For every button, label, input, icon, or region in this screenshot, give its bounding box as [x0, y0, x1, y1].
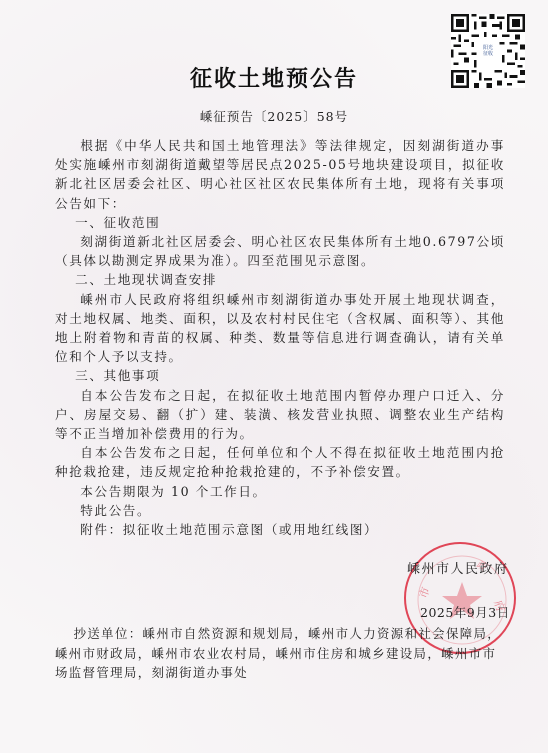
document-body: 根据《中华人民共和国土地管理法》等法律规定，因刻湖街道办事处实施嵊州市刻湖街道戴… [55, 136, 505, 539]
document-number: 嵊征预告〔2025〕58号 [0, 107, 548, 125]
cc-text: 抄送单位：嵊州市自然资源和规划局，嵊州市人力资源和社会保障局，嵊州市财政局，嵊州… [55, 624, 510, 683]
section-heading-survey: 二、土地现状调查安排 [55, 270, 505, 289]
document-page: 阳光 征收 征收土地预公告 嵊征预告〔2025〕58号 根据《中华人民共和国土地… [0, 0, 548, 753]
section-heading-other: 三、其他事项 [55, 366, 505, 385]
section-paragraph-other-2: 自本公告发布之日起，任何单位和个人不得在拟征收土地范围内抢种抢栽抢建，违反规定抢… [55, 443, 505, 481]
intro-paragraph: 根据《中华人民共和国土地管理法》等法律规定，因刻湖街道办事处实施嵊州市刻湖街道戴… [55, 136, 505, 213]
closing-text: 特此公告。 [55, 501, 505, 520]
signature-date: 2025年9月3日 [420, 603, 510, 621]
attachment-text: 附件：拟征收土地范围示意图（或用地红线图） [55, 520, 505, 539]
signature-organization: 嵊州市人民政府 [407, 558, 509, 577]
cc-list: 抄送单位：嵊州市自然资源和规划局，嵊州市人力资源和社会保障局，嵊州市财政局，嵊州… [55, 624, 510, 683]
svg-text:市: 市 [417, 585, 433, 600]
document-title: 征收土地预公告 [0, 62, 548, 93]
section-paragraph-scope: 刻湖街道新北社区居委会、明心社区农民集体所有土地0.6797公顷（具体以勘测定界… [55, 232, 505, 270]
section-paragraph-other-1: 自本公告发布之日起，在拟征收土地范围内暂停办理户口迁入、分户、房屋交易、翻（扩）… [55, 386, 505, 444]
section-heading-scope: 一、征收范围 [55, 213, 505, 232]
section-paragraph-other-3: 本公告期限为 10 个工作日。 [55, 482, 505, 501]
qr-code-label: 阳光 征收 [477, 45, 499, 58]
section-paragraph-survey: 嵊州市人民政府将组织嵊州市刻湖街道办事处开展土地现状调查，对土地权属、地类、面积… [55, 290, 505, 367]
qr-label-line2: 征收 [477, 51, 499, 57]
